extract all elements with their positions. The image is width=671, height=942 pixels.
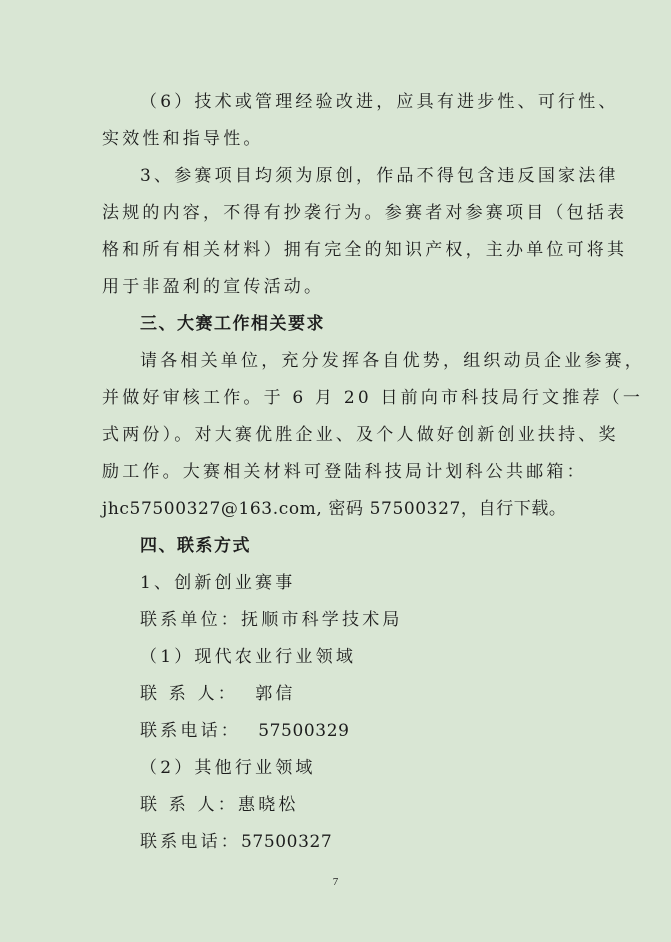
- contact-phone-value: 57500327: [241, 832, 332, 852]
- contact-phone-label: 联系电话：: [140, 832, 241, 852]
- document-page: （6）技术或管理经验改进，应具有进步性、可行性、 实效性和指导性。 3、参赛项目…: [102, 84, 570, 861]
- contact-unit-label: 联系单位：: [140, 610, 241, 630]
- paragraph-item3-line2: 法规的内容，不得有抄袭行为。参赛者对参赛项目（包括表: [102, 195, 570, 232]
- contact-phone-line-other: 联系电话：57500327: [102, 824, 570, 861]
- section3-email-line: jhc57500327@163.com, 密码 57500327，自行下载。: [102, 491, 570, 528]
- paragraph-item3-line4: 用于非盈利的宣传活动。: [102, 269, 570, 306]
- contact-person-value: 惠晓松: [238, 795, 299, 815]
- contact-person-label: 联 系 人：: [140, 684, 238, 704]
- contact-person-line-other: 联 系 人：惠晓松: [102, 787, 570, 824]
- field-title-other: （2）其他行业领域: [102, 750, 570, 787]
- contact-unit-line: 联系单位：抚顺市科学技术局: [102, 602, 570, 639]
- paragraph-item6-line2: 实效性和指导性。: [102, 121, 570, 158]
- section3-line1: 请各相关单位，充分发挥各自优势，组织动员企业参赛，: [102, 343, 570, 380]
- subsection-innovation-contest: 1、创新创业赛事: [102, 565, 570, 602]
- paragraph-item3-line1: 3、参赛项目均须为原创，作品不得包含违反国家法律: [102, 158, 570, 195]
- section-heading-contact: 四、联系方式: [102, 528, 570, 565]
- contact-unit-value: 抚顺市科学技术局: [241, 610, 403, 630]
- section3-line2: 并做好审核工作。于 6 月 20 日前向市科技局行文推荐（一: [102, 380, 570, 417]
- section3-line4: 励工作。大赛相关材料可登陆科技局计划科公共邮箱：: [102, 454, 570, 491]
- paragraph-item6-line1: （6）技术或管理经验改进，应具有进步性、可行性、: [102, 84, 570, 121]
- contact-person-line-agriculture: 联 系 人： 郭信: [102, 676, 570, 713]
- page-number: 7: [0, 876, 671, 888]
- paragraph-item3-line3: 格和所有相关材料）拥有完全的知识产权，主办单位可将其: [102, 232, 570, 269]
- contact-person-value: 郭信: [255, 684, 295, 704]
- section3-line3: 式两份）。对大赛优胜企业、及个人做好创新创业扶持、奖: [102, 417, 570, 454]
- section-heading-requirements: 三、大赛工作相关要求: [102, 306, 570, 343]
- contact-phone-line-agriculture: 联系电话： 57500329: [102, 713, 570, 750]
- contact-phone-label: 联系电话：: [140, 721, 241, 741]
- contact-phone-value: 57500329: [258, 721, 349, 741]
- contact-person-label: 联 系 人：: [140, 795, 238, 815]
- field-title-agriculture: （1）现代农业行业领域: [102, 639, 570, 676]
